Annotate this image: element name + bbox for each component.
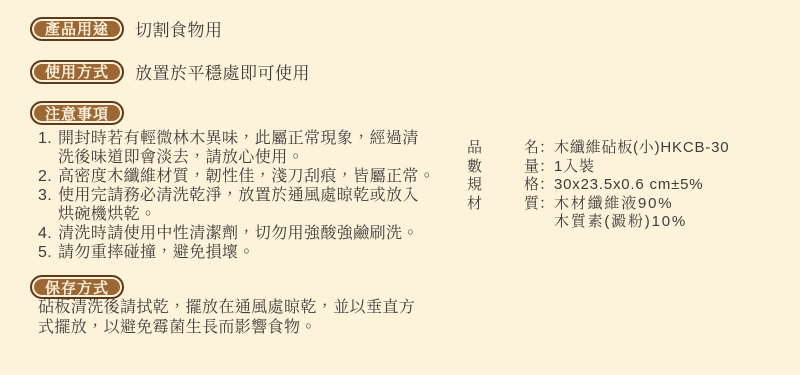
notice-list: 1. 開封時若有輕微林木異味，此屬正常現象，經過清 洗後味道即會淡去，請放心使用… — [38, 129, 458, 262]
spec-label-last: 量 — [524, 158, 539, 177]
notice-item-number: 4. — [38, 224, 58, 243]
notice-item-text: 開封時若有輕微林木異味，此屬正常現象，經過清 洗後味道即會淡去，請放心使用。 — [58, 129, 419, 167]
spec-label-first: 數 — [467, 158, 482, 177]
spec-label-first: 品 — [467, 139, 482, 158]
notice-badge: 注意事項 — [30, 101, 124, 125]
notice-item-number: 1. — [38, 129, 58, 148]
spec-row-quantity: 數 量 ： 1入裝 — [467, 158, 787, 177]
storage-text: 砧板清洗後請拭乾，擺放在通風處晾乾，並以垂直方 式擺放，以避免霉菌生長而影響食物… — [38, 298, 458, 337]
notice-item-text: 高密度木纖維材質，韌性佳，淺刀刮痕，皆屬正常。 — [58, 167, 435, 186]
spec-label-first: 材 — [467, 195, 482, 214]
product-info-sheet: 產品用途 切割食物用 使用方式 放置於平穩處即可使用 注意事項 1. 開封時若有… — [0, 0, 800, 375]
usage-method-badge: 使用方式 — [30, 60, 124, 84]
spec-label-first: 規 — [467, 176, 482, 195]
notice-item: 4. 清洗時請使用中性清潔劑，切勿用強酸強鹼刷洗。 — [38, 224, 458, 243]
specs-panel: 品 名 ： 木纖維砧板(小)HKCB-30 數 量 ： 1入裝 規 格 ： 30… — [467, 139, 787, 232]
notice-item-text: 清洗時請使用中性清潔劑，切勿用強酸強鹼刷洗。 — [58, 224, 419, 243]
spec-value-quantity: 1入裝 — [554, 158, 595, 177]
spec-colon: ： — [539, 176, 554, 195]
notice-item-text: 請勿重摔碰撞，避免損壞。 — [58, 243, 255, 262]
spec-row-size: 規 格 ： 30x23.5x0.6 cm±5% — [467, 176, 787, 195]
notice-item-number: 3. — [38, 186, 58, 205]
notice-item: 3. 使用完請務必清洗乾淨，放置於通風處晾乾或放入 烘碗機烘乾。 — [38, 186, 458, 224]
spec-label-last: 格 — [524, 176, 539, 195]
spec-label-last: 質 — [524, 195, 539, 214]
product-use-text: 切割食物用 — [135, 16, 223, 41]
spec-label: 數 量 — [467, 158, 539, 177]
spec-colon: ： — [539, 195, 554, 214]
notice-item-number: 5. — [38, 243, 58, 262]
spec-colon: ： — [539, 158, 554, 177]
notice-item: 2. 高密度木纖維材質，韌性佳，淺刀刮痕，皆屬正常。 — [38, 167, 458, 186]
usage-method-text: 放置於平穩處即可使用 — [135, 59, 310, 84]
spec-value-name: 木纖維砧板(小)HKCB-30 — [554, 139, 729, 158]
spec-row-name: 品 名 ： 木纖維砧板(小)HKCB-30 — [467, 139, 787, 158]
spec-label-last: 名 — [524, 139, 539, 158]
notice-item-number: 2. — [38, 167, 58, 186]
section-product-use: 產品用途 切割食物用 — [30, 16, 223, 41]
spec-label: 規 格 — [467, 176, 539, 195]
spec-colon: ： — [539, 139, 554, 158]
spec-label: 品 名 — [467, 139, 539, 158]
spec-row-material: 材 質 ： 木材纖維液90% 木質素(澱粉)10% — [467, 195, 787, 232]
spec-value-size: 30x23.5x0.6 cm±5% — [554, 176, 703, 195]
spec-value-material: 木材纖維液90% 木質素(澱粉)10% — [554, 195, 687, 232]
notice-item: 5. 請勿重摔碰撞，避免損壞。 — [38, 243, 458, 262]
storage-badge: 保存方式 — [30, 275, 124, 299]
section-usage-method: 使用方式 放置於平穩處即可使用 — [30, 59, 310, 84]
notice-item-text: 使用完請務必清洗乾淨，放置於通風處晾乾或放入 烘碗機烘乾。 — [58, 186, 419, 224]
product-use-badge: 產品用途 — [30, 17, 124, 41]
notice-item: 1. 開封時若有輕微林木異味，此屬正常現象，經過清 洗後味道即會淡去，請放心使用… — [38, 129, 458, 167]
spec-label: 材 質 — [467, 195, 539, 214]
